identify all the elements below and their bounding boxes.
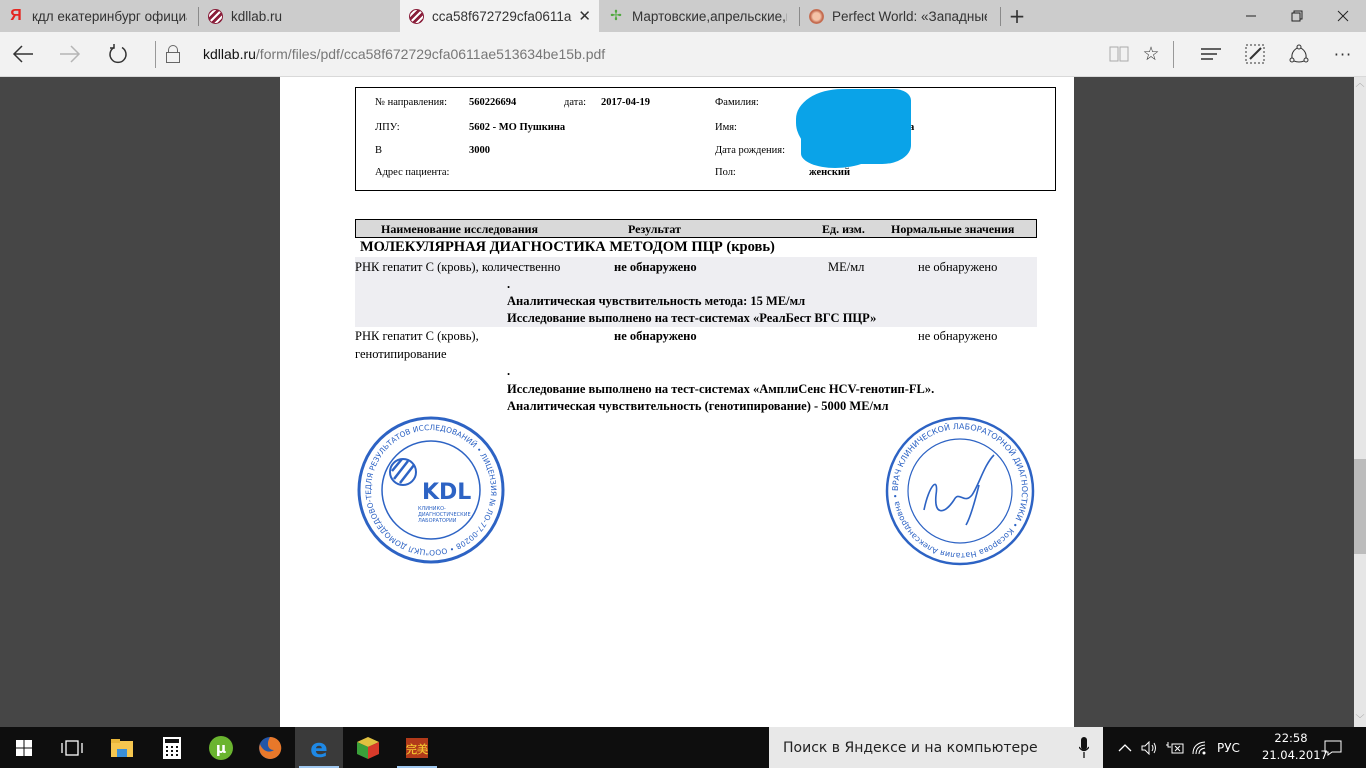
language-indicator[interactable]: РУС <box>1217 727 1240 768</box>
scroll-up-arrow-icon[interactable]: ︿ <box>1354 77 1366 91</box>
action-center-button[interactable] <box>1324 727 1342 768</box>
calculator-button[interactable] <box>148 727 196 768</box>
tab-perfect-world[interactable]: Perfect World: «Западные з <box>800 0 1000 32</box>
kdl-lab-stamp: ДЛЯ РЕЗУЛЬТАТОВ ИССЛЕДОВАНИЙ • ЛИЦЕНЗИЯ … <box>356 415 506 565</box>
row2-note-sensitivity: Аналитическая чувствительность (генотипи… <box>507 399 889 414</box>
lock-icon[interactable] <box>166 45 180 63</box>
row1-name: РНК гепатит С (кровь), количественно <box>355 260 560 275</box>
task-view-button[interactable] <box>48 727 96 768</box>
green-leaf-icon: ✢ <box>608 8 624 24</box>
battery-button[interactable] <box>1166 727 1184 768</box>
row1-note-testsystem: Исследование выполнено на тест-системах … <box>507 311 876 326</box>
web-note-button[interactable] <box>1240 41 1270 67</box>
doctor-stamp: ВРАЧ КЛИНИЧЕСКОЙ ЛАБОРАТОРНОЙ ДИАГНОСТИК… <box>884 415 1036 567</box>
tab-title: cca58f672729cfa0611ae <box>432 9 572 24</box>
birth-date-label: Дата рождения: <box>715 145 785 156</box>
results-table-header: Наименование исследования Результат Ед. … <box>355 219 1037 238</box>
windows-logo-icon <box>16 740 32 756</box>
edge-icon: e <box>307 736 331 760</box>
taskbar-search[interactable]: Поиск в Яндексе и на компьютере <box>769 727 1103 768</box>
show-hidden-icons-button[interactable] <box>1118 727 1132 768</box>
pdf-page: № направления: 560226694 дата: 2017-04-1… <box>280 77 1074 727</box>
forward-button[interactable] <box>55 41 85 67</box>
url-host: kdllab.ru <box>203 46 256 62</box>
sex-label: Пол: <box>715 167 736 178</box>
col-header-normal: Нормальные значения <box>891 222 1014 237</box>
network-button[interactable] <box>1192 727 1208 768</box>
clock-date: 21.04.2017 <box>1262 747 1320 764</box>
scrollbar-thumb[interactable] <box>1354 459 1366 554</box>
clock[interactable]: 22:58 21.04.2017 <box>1262 730 1320 764</box>
perfect-world-icon <box>808 8 824 24</box>
firefox-button[interactable] <box>246 727 294 768</box>
row2-normal: не обнаружено <box>918 329 997 344</box>
kdl-icon <box>408 8 424 24</box>
battery-plug-icon <box>1166 741 1184 755</box>
tab-bar: Я кдл екатеринбург официал kdllab.ru cca… <box>0 0 1366 32</box>
row1-result: не обнаружено <box>614 260 697 275</box>
wifi-icon <box>1192 741 1208 755</box>
nav-divider <box>155 41 156 68</box>
tab-yandex-search[interactable]: Я кдл екатеринбург официал <box>0 0 197 32</box>
tab-title: кдл екатеринбург официал <box>32 9 187 24</box>
calculator-icon <box>163 737 181 759</box>
referral-number: 560226694 <box>469 97 516 108</box>
perfect-world-game-button[interactable]: 完美 <box>393 727 441 768</box>
volume-button[interactable] <box>1141 727 1159 768</box>
web-note-icon <box>1245 44 1265 64</box>
back-arrow-icon <box>12 45 34 63</box>
row2-name-line1: РНК гепатит С (кровь), <box>355 329 479 344</box>
lpu-label: ЛПУ: <box>375 122 400 133</box>
tab-title: kdllab.ru <box>231 9 386 24</box>
refresh-icon <box>108 44 128 64</box>
perfect-world-game-icon: 完美 <box>404 735 430 761</box>
pdf-viewer[interactable]: № направления: 560226694 дата: 2017-04-1… <box>0 77 1354 727</box>
star-icon: ☆ <box>1142 43 1159 65</box>
favorite-button[interactable]: ☆ <box>1136 41 1166 67</box>
vertical-scrollbar[interactable]: ︿ ﹀ <box>1354 77 1366 727</box>
row2-name-line2: генотипирование <box>355 347 447 362</box>
clock-time: 22:58 <box>1262 730 1320 747</box>
utorrent-button[interactable]: µ <box>197 727 245 768</box>
restore-button[interactable] <box>1274 0 1320 32</box>
new-tab-button[interactable]: + <box>1007 4 1027 28</box>
close-tab-icon[interactable]: ✕ <box>578 7 591 25</box>
windows-taskbar: µ e 完美 Поиск в Яндексе и на компьютере Р… <box>0 727 1366 768</box>
tab-title: Perfect World: «Западные з <box>832 9 987 24</box>
row1-note-sensitivity: Аналитическая чувствительность метода: 1… <box>507 294 805 309</box>
hub-lines-icon <box>1200 47 1222 61</box>
tab-title: Мартовские,апрельские,м <box>632 9 787 24</box>
kdl-icon <box>207 8 223 24</box>
folder-icon <box>111 739 133 757</box>
tab-kdllab[interactable]: kdllab.ru <box>199 0 399 32</box>
microphone-icon[interactable] <box>1079 737 1089 759</box>
section-title: МОЛЕКУЛЯРНАЯ ДИАГНОСТИКА МЕТОДОМ ПЦР (кр… <box>360 239 775 256</box>
forward-arrow-icon <box>59 45 81 63</box>
cube-app-button[interactable] <box>344 727 392 768</box>
start-button[interactable] <box>0 727 48 768</box>
task-view-icon <box>61 740 83 756</box>
reading-view-button[interactable] <box>1104 41 1134 67</box>
restore-icon <box>1291 10 1303 22</box>
svg-text:µ: µ <box>216 741 226 757</box>
patient-info-box: № направления: 560226694 дата: 2017-04-1… <box>355 87 1056 191</box>
row2-note-dot: . <box>507 364 510 379</box>
date-label: дата: <box>564 97 586 108</box>
toolbar-divider <box>1173 41 1174 68</box>
row1-note-dot: . <box>507 277 510 292</box>
lpu-value: 5602 - МО Пушкина <box>469 122 565 133</box>
b-label: В <box>375 145 382 156</box>
date-value: 2017-04-19 <box>601 97 650 108</box>
notification-icon <box>1324 740 1342 756</box>
row1-unit: МЕ/мл <box>828 260 864 275</box>
refresh-button[interactable] <box>103 41 133 67</box>
row2-result: не обнаружено <box>614 329 697 344</box>
col-header-result: Результат <box>628 222 681 237</box>
referral-label: № направления: <box>375 97 447 108</box>
minimize-icon <box>1245 10 1257 22</box>
tab-martovskie[interactable]: ✢ Мартовские,апрельские,м <box>600 0 798 32</box>
tab-divider <box>1000 7 1001 26</box>
edge-button[interactable]: e <box>295 727 343 768</box>
tab-pdf-active[interactable]: cca58f672729cfa0611ae ✕ <box>400 0 599 32</box>
file-explorer-button[interactable] <box>98 727 146 768</box>
row2-note-testsystem: Исследование выполнено на тест-системах … <box>507 382 934 397</box>
row1-normal: не обнаружено <box>918 260 997 275</box>
svg-text:e: e <box>310 736 328 760</box>
book-icon <box>1109 45 1129 63</box>
signature <box>924 455 994 525</box>
utorrent-icon: µ <box>209 736 233 760</box>
sex-value: женский <box>809 167 850 178</box>
more-button[interactable]: ··· <box>1328 41 1358 67</box>
col-header-name: Наименование исследования <box>381 222 538 237</box>
yandex-icon: Я <box>8 8 24 24</box>
name-label: Имя: <box>715 122 737 133</box>
search-placeholder: Поиск в Яндексе и на компьютере <box>783 740 1038 756</box>
address-label: Адрес пациента: <box>375 167 449 178</box>
navigation-bar: kdllab.ru/form/files/pdf/cca58f672729cfa… <box>0 32 1366 77</box>
minimize-button[interactable] <box>1228 0 1274 32</box>
hub-button[interactable] <box>1196 41 1226 67</box>
col-header-unit: Ед. изм. <box>822 222 865 237</box>
svg-text:完美: 完美 <box>406 742 428 756</box>
url-path: /form/files/pdf/cca58f672729cfa0611ae513… <box>256 46 605 62</box>
surname-label: Фамилия: <box>715 97 759 108</box>
b-value: 3000 <box>469 145 490 156</box>
firefox-icon <box>258 736 282 760</box>
close-icon <box>1337 10 1349 22</box>
scroll-down-arrow-icon[interactable]: ﹀ <box>1354 713 1366 727</box>
close-window-button[interactable] <box>1320 0 1366 32</box>
chevron-up-icon <box>1118 743 1132 753</box>
back-button[interactable] <box>8 41 38 67</box>
share-button[interactable] <box>1284 41 1314 67</box>
stamp-ring-text: ВРАЧ КЛИНИЧЕСКОЙ ЛАБОРАТОРНОЙ ДИАГНОСТИК… <box>891 421 1029 560</box>
share-icon <box>1289 44 1309 64</box>
speaker-icon <box>1141 741 1159 755</box>
kdl-subtitle: ЛАБОРАТОРИИ <box>418 518 457 524</box>
kdl-logo-text: KDL <box>422 480 471 505</box>
address-bar[interactable]: kdllab.ru/form/files/pdf/cca58f672729cfa… <box>203 46 605 62</box>
rubiks-cube-icon <box>356 736 380 760</box>
more-dots-icon: ··· <box>1334 45 1352 64</box>
